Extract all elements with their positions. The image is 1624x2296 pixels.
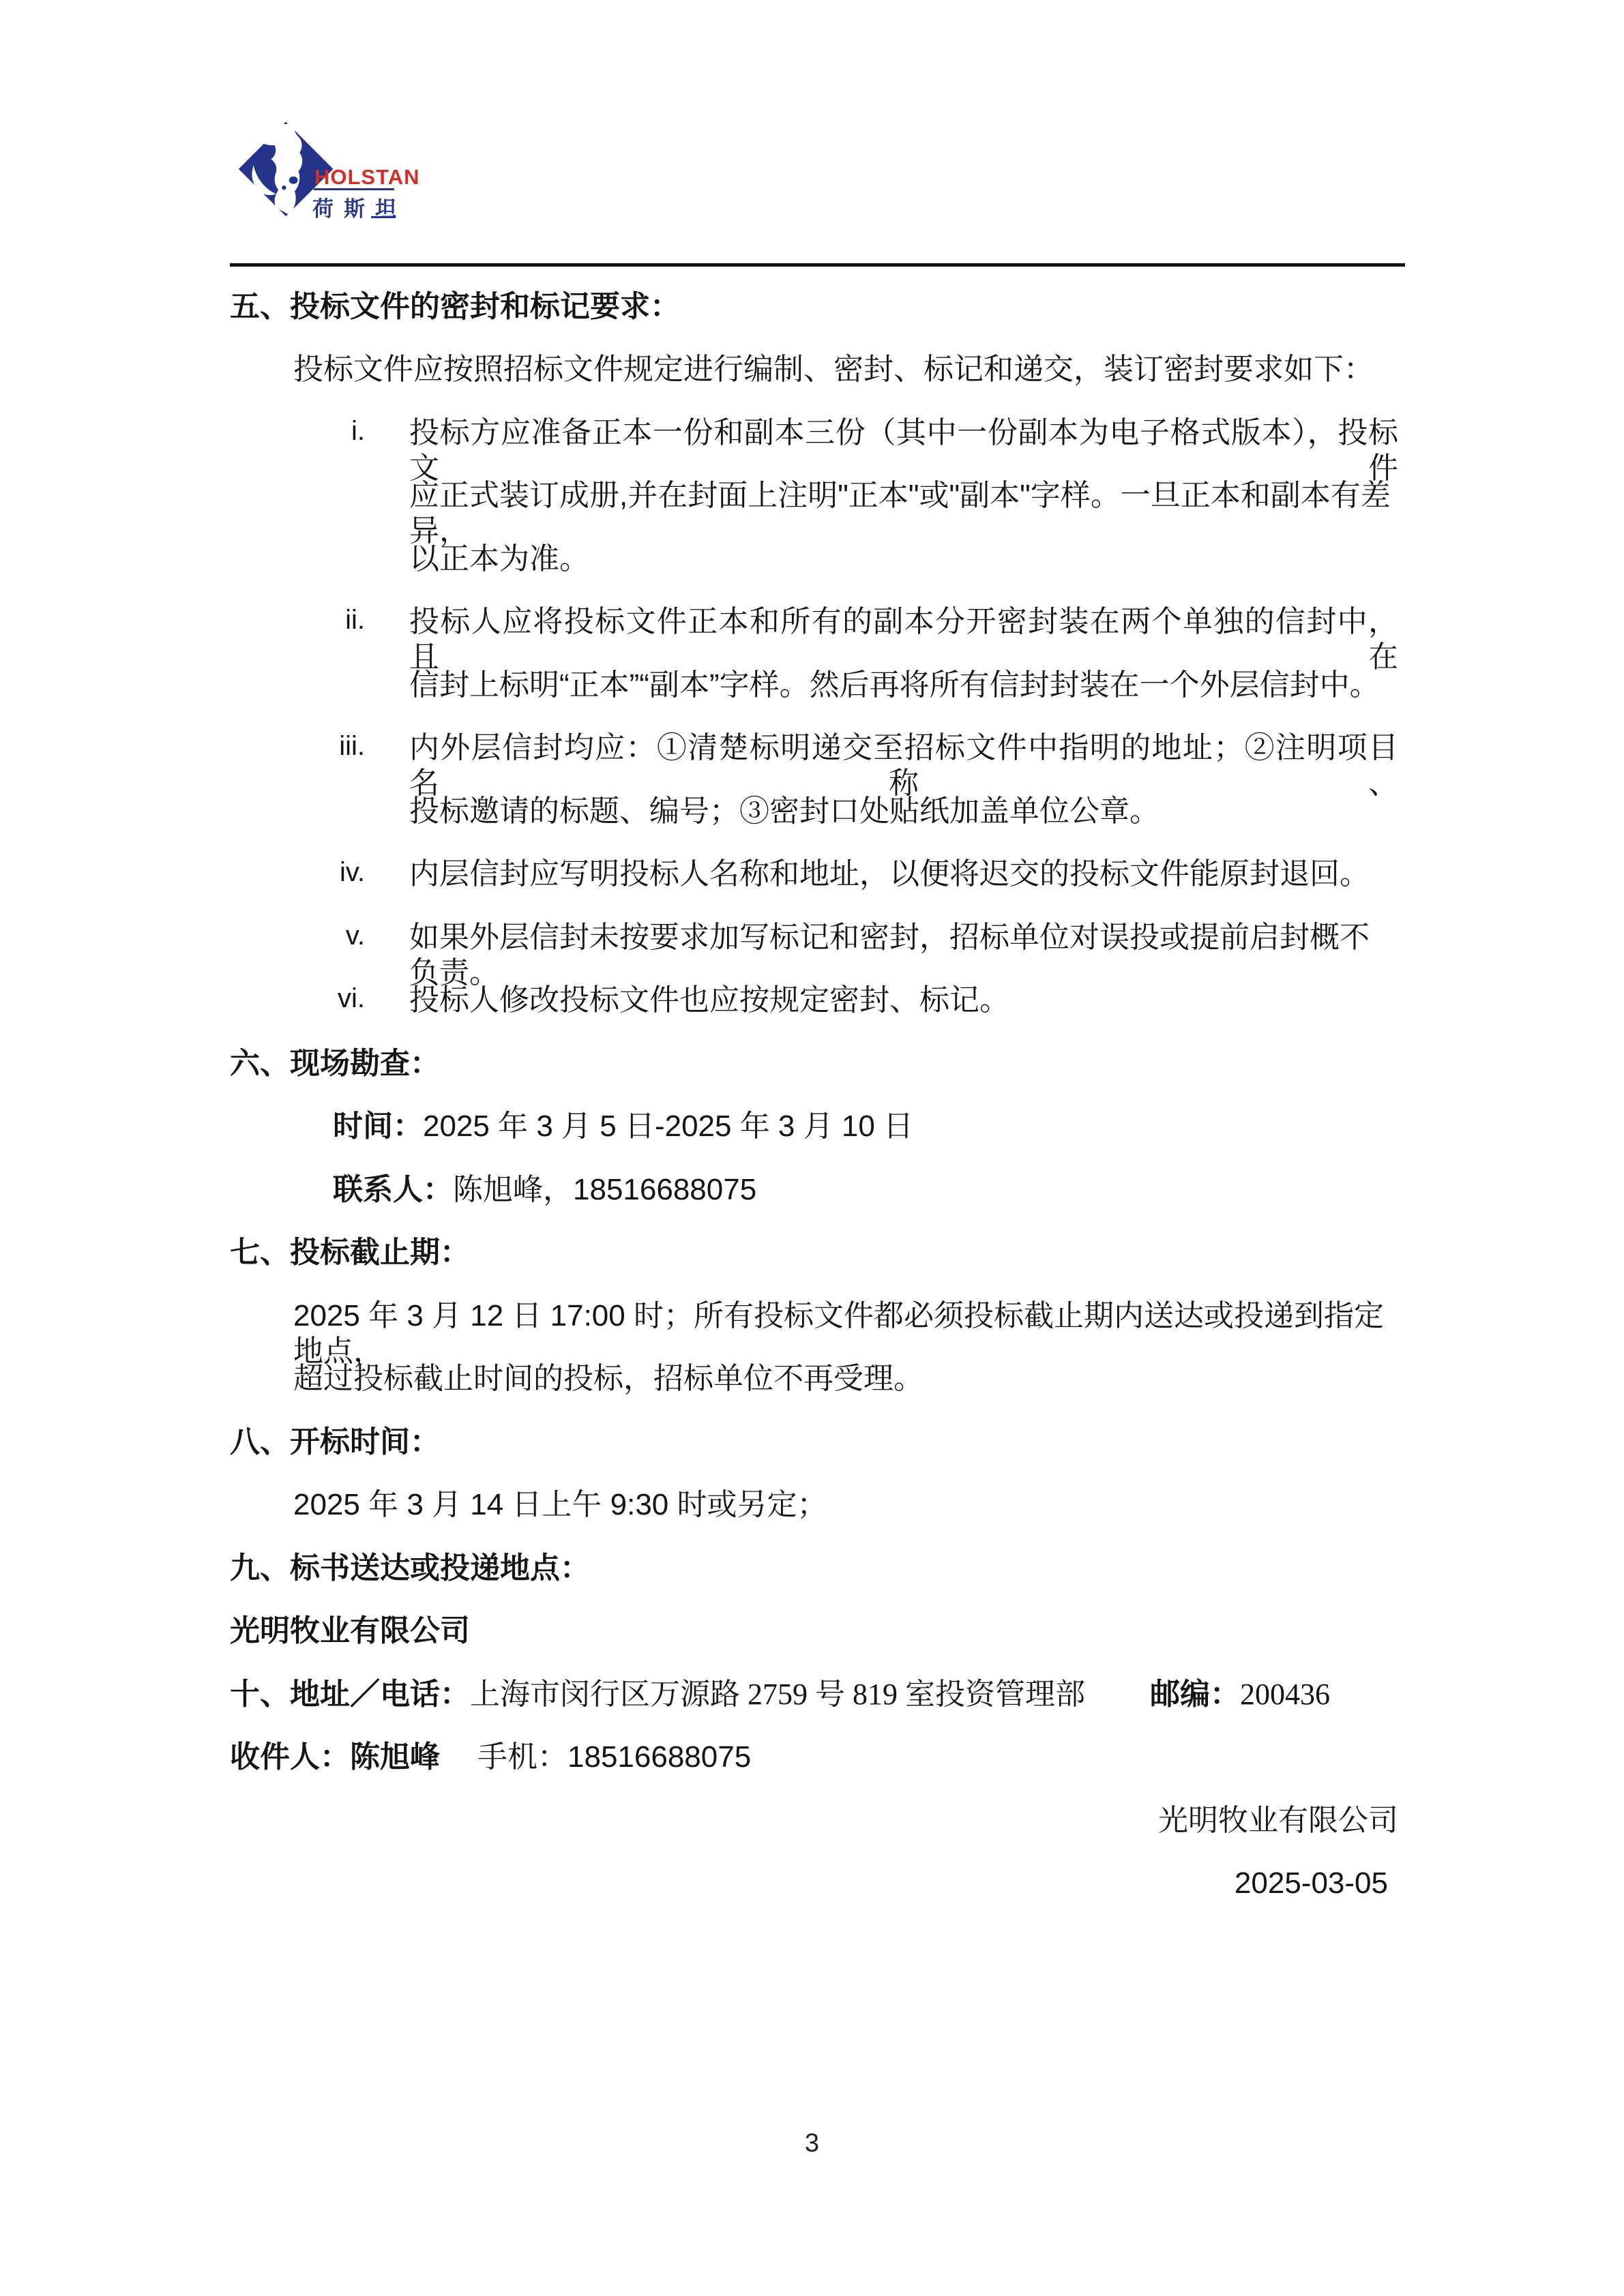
list-item-ii-line-2: 信封上标明“正本”“副本”字样。然后再将所有信封封装在一个外层信封中。 xyxy=(230,668,1398,703)
list-item-vi: vi. 投标人修改投标文件也应按规定密封、标记。 xyxy=(230,983,1398,1018)
time-value: 2025 年 3 月 5 日-2025 年 3 月 10 日 xyxy=(423,1109,913,1143)
company-logo: HOLSTAN 荷斯坦 xyxy=(237,115,442,224)
address-label: 十、地址／电话： xyxy=(230,1678,470,1711)
item-ii-text-2: 信封上标明“正本”“副本”字样。然后再将所有信封封装在一个外层信封中。 xyxy=(409,668,1398,703)
item-vi-numeral: vi. xyxy=(293,983,365,1015)
item-iv-text: 内层信封应写明投标人名称和地址，以便将迟交的投标文件能原封退回。 xyxy=(409,856,1398,892)
page-number: 3 xyxy=(0,2129,1624,2158)
signoff-date: 2025-03-05 xyxy=(230,1866,1388,1901)
list-item-i-line-3: 以正本为准。 xyxy=(230,541,1398,577)
list-item-i-line-1: i. 投标方应准备正本一份和副本三份（其中一份副本为电子格式版本），投标文件 xyxy=(230,415,1398,486)
site-visit-contact: 联系人：陈旭峰，18516688075 xyxy=(230,1172,1398,1208)
signoff-company: 光明牧业有限公司 xyxy=(230,1803,1398,1838)
list-item-iii-line-2: 投标邀请的标题、编号；③密封口处贴纸加盖单位公章。 xyxy=(230,794,1398,829)
list-item-ii-line-1: ii. 投标人应将投标文件正本和所有的副本分开密封装在两个单独的信封中，且在 xyxy=(230,604,1398,675)
contact-label: 联系人： xyxy=(333,1173,453,1206)
delivery-company: 光明牧业有限公司 xyxy=(230,1613,1398,1649)
header-divider xyxy=(230,263,1405,267)
item-ii-text-1: 投标人应将投标文件正本和所有的副本分开密封装在两个单独的信封中，且在 xyxy=(409,604,1398,675)
list-item-iii-line-1: iii. 内外层信封均应：①清楚标明递交至招标文件中指明的地址；②注明项目名称、 xyxy=(230,730,1398,801)
item-i-text-3: 以正本为准。 xyxy=(409,541,1398,577)
section-5-intro: 投标文件应按照招标文件规定进行编制、密封、标记和递交，装订密封要求如下： xyxy=(230,352,1398,387)
item-ii-numeral: ii. xyxy=(293,604,365,636)
item-i-numeral: i. xyxy=(293,415,365,447)
item-vi-text: 投标人修改投标文件也应按规定密封、标记。 xyxy=(409,983,1398,1018)
section-8-heading: 八、开标时间： xyxy=(230,1425,1398,1460)
section-7-heading: 七、投标截止期： xyxy=(230,1235,1398,1270)
item-iv-numeral: iv. xyxy=(293,856,365,889)
deadline-text-1: 2025 年 3 月 12 日 17:00 时；所有投标文件都必须投标截止期内送… xyxy=(293,1298,1398,1369)
section-5-intro-text: 投标文件应按照招标文件规定进行编制、密封、标记和递交，装订密封要求如下： xyxy=(293,353,1374,386)
logo-underline xyxy=(314,188,394,190)
logo-brand-en: HOLSTAN xyxy=(314,165,420,190)
recipient-label: 收件人：陈旭峰 xyxy=(230,1740,440,1774)
bid-opening-text: 2025 年 3 月 14 日上午 9:30 时或另定； xyxy=(293,1488,827,1521)
item-i-text-2: 应正式装订成册,并在封面上注明"正本"或"副本"字样。一旦正本和副本有差异， xyxy=(409,478,1398,549)
zip-label: 邮编： xyxy=(1150,1678,1240,1711)
time-label: 时间： xyxy=(333,1109,423,1143)
list-item-i-line-2: 应正式装订成册,并在封面上注明"正本"或"副本"字样。一旦正本和副本有差异， xyxy=(230,478,1398,549)
address-line: 十、地址／电话：上海市闵行区万源路 2759 号 819 室投资管理部邮编：20… xyxy=(230,1677,1398,1712)
phone-value: 18516688075 xyxy=(567,1740,751,1774)
deadline-line-2: 超过投标截止时间的投标，招标单位不再受理。 xyxy=(230,1361,1398,1397)
contact-value: 陈旭峰，18516688075 xyxy=(453,1173,756,1206)
logo-underline-short xyxy=(371,216,396,218)
section-6-heading: 六、现场勘查： xyxy=(230,1046,1398,1082)
item-iii-numeral: iii. xyxy=(293,730,365,762)
zip-value: 200436 xyxy=(1240,1678,1330,1711)
item-i-text-1: 投标方应准备正本一份和副本三份（其中一份副本为电子格式版本），投标文件 xyxy=(409,415,1398,486)
list-item-v: v. 如果外层信封未按要求加写标记和密封，招标单位对误投或提前启封概不负责。 xyxy=(230,920,1398,991)
document-page: HOLSTAN 荷斯坦 五、投标文件的密封和标记要求： 投标文件应按照招标文件规… xyxy=(0,0,1624,2296)
section-9-heading: 九、标书送达或投递地点： xyxy=(230,1551,1398,1586)
recipient-line: 收件人：陈旭峰手机：18516688075 xyxy=(230,1740,1398,1775)
deadline-line-1: 2025 年 3 月 12 日 17:00 时；所有投标文件都必须投标截止期内送… xyxy=(230,1298,1398,1369)
list-item-iv: iv. 内层信封应写明投标人名称和地址，以便将迟交的投标文件能原封退回。 xyxy=(230,856,1398,892)
address-value: 上海市闵行区万源路 2759 号 819 室投资管理部 xyxy=(470,1678,1085,1711)
deadline-text-2: 超过投标截止时间的投标，招标单位不再受理。 xyxy=(293,1362,924,1395)
bid-opening-time: 2025 年 3 月 14 日上午 9:30 时或另定； xyxy=(230,1487,1398,1523)
phone-label: 手机： xyxy=(477,1740,567,1774)
item-iii-text-1: 内外层信封均应：①清楚标明递交至招标文件中指明的地址；②注明项目名称、 xyxy=(409,730,1398,801)
site-visit-time: 时间：2025 年 3 月 5 日-2025 年 3 月 10 日 xyxy=(230,1109,1398,1144)
item-v-numeral: v. xyxy=(293,920,365,952)
item-v-text: 如果外层信封未按要求加写标记和密封，招标单位对误投或提前启封概不负责。 xyxy=(409,920,1398,991)
section-5-heading: 五、投标文件的密封和标记要求： xyxy=(230,289,1398,325)
item-iii-text-2: 投标邀请的标题、编号；③密封口处贴纸加盖单位公章。 xyxy=(409,794,1398,829)
